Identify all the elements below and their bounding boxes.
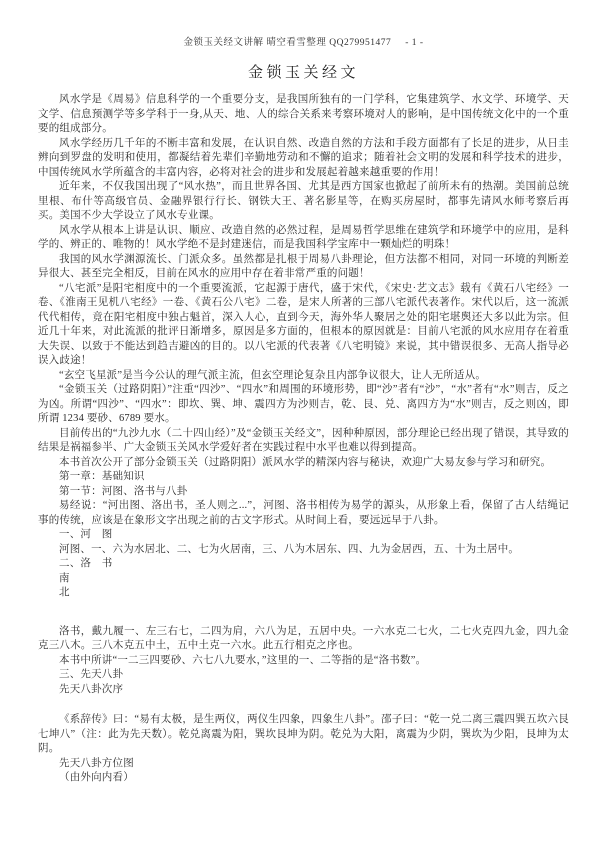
document-page: 金锁玉关经文讲解 晴空看雪整理 QQ279951477- 1 - 金锁玉关经文 …	[0, 0, 596, 842]
page-number: - 1 -	[405, 38, 423, 48]
paragraph: 北	[38, 586, 569, 601]
paragraph: “金锁玉关（过路阴阳）”注重“四沙”、“四水”和周围的环境形势，即“沙”者有“沙…	[38, 383, 569, 427]
paragraph: 风水学从根本上讲是认识、顺应、改造自然的必然过程，是周易哲学思维在建筑学和环境学…	[38, 224, 569, 253]
header-text: 金锁玉关经文讲解 晴空看雪整理 QQ279951477	[183, 38, 391, 48]
paragraph: 第一节：河图、洛书与八卦	[38, 485, 569, 500]
paragraph: 本书首次公开了部分金锁玉关（过路阴阳）派风水学的精深内容与秘诀，欢迎广大易友参与…	[38, 456, 569, 471]
paragraph: 易经说：“河出图、洛出书，圣人则之...”，河图、洛书相传为易学的源头，从形象上…	[38, 499, 569, 528]
paragraph: 洛书，戴九履一、左三右七，二四为肩，六八为足，五居中央。一六水克二七火，二七火克…	[38, 625, 569, 654]
paragraph: 目前传出的“九沙九水（二十四山经）”及“金锁玉关经文”，因种种原因，部分理论已经…	[38, 427, 569, 456]
paragraph: 近年来，不仅我国出现了“风水热”，而且世界各国、尤其是西方国家也掀起了前所未有的…	[38, 180, 569, 224]
paragraph: 先天八卦方位图	[38, 757, 569, 772]
paragraph: 南	[38, 572, 569, 587]
paragraph: 我国的风水学渊源流长、门派众多。虽然都是扎根于周易八卦理论，但方法都不相同，对同…	[38, 253, 569, 282]
paragraph: 本书中所讲“一二三四要砂、六七八九要水，”这里的一、二等指的是“洛书数”。	[38, 654, 569, 669]
paragraph: “玄空飞星派”是当今公认的理气派主流，但玄空理论复杂且内部争议很大，让人无所适从…	[38, 369, 569, 384]
blank-space	[38, 697, 569, 713]
paragraph: 先天八卦次序	[38, 683, 569, 698]
paragraph: 三、先天八卦	[38, 668, 569, 683]
blank-space	[38, 601, 569, 625]
paragraph: “八宅派”是阳宅相度中的一个重要流派，它起源于唐代，盛于宋代，《宋史·艺文志》载…	[38, 282, 569, 369]
document-title: 金锁玉关经文	[38, 61, 569, 82]
paragraph: 河图、一、六为水居北、二、七为火居南，三、八为木居东、四、九为金居西，五、十为土…	[38, 543, 569, 558]
paragraph: 第一章：基础知识	[38, 470, 569, 485]
page-header: 金锁玉关经文讲解 晴空看雪整理 QQ279951477- 1 -	[38, 34, 569, 48]
paragraph: 《系辞传》曰：“易有太极，是生两仪，两仪生四象，四象生八卦”。邵子曰：“乾一兑二…	[38, 713, 569, 757]
paragraph: 一、河 图	[38, 528, 569, 543]
paragraph: （由外向内看）	[38, 771, 569, 786]
paragraph: 风水学是《周易》信息科学的一个重要分支，是我国所独有的一门学科，它集建筑学、水文…	[38, 93, 569, 137]
document-body: 风水学是《周易》信息科学的一个重要分支，是我国所独有的一门学科，它集建筑学、水文…	[38, 93, 569, 786]
paragraph: 风水学经历几千年的不断丰富和发展，在认识自然、改造自然的方法和手段方面都有了长足…	[38, 137, 569, 181]
paragraph: 二、洛 书	[38, 557, 569, 572]
